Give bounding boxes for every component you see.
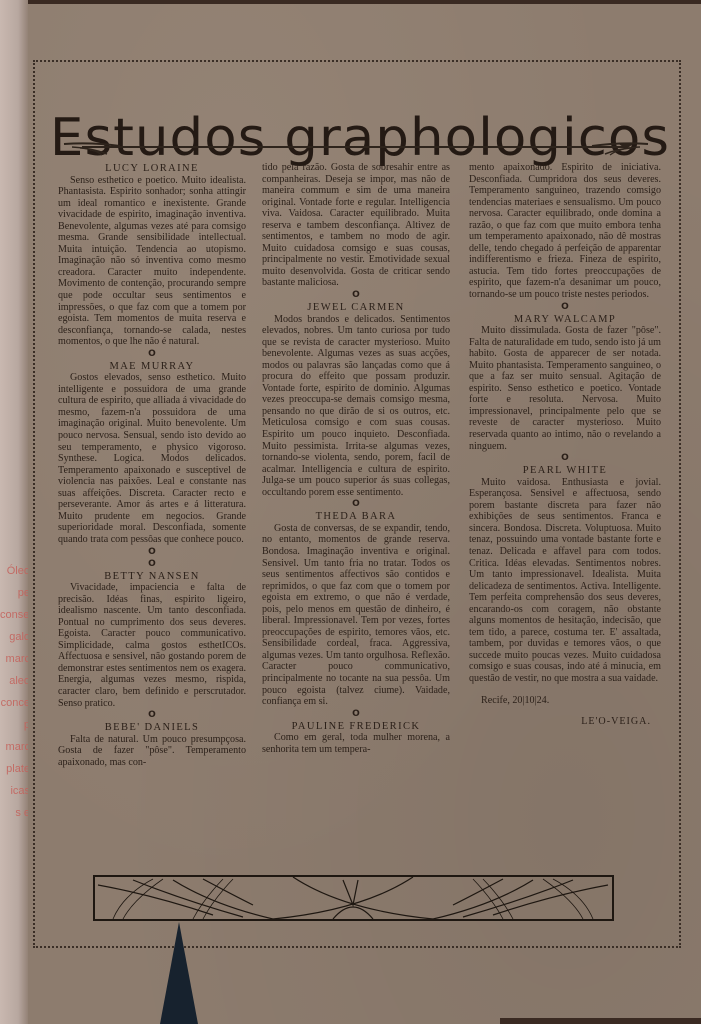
entry-text: Falta de natural. Um pouco presumpçosa. … xyxy=(58,734,246,769)
column-2: tido pela razão. Gosta de sobresahir ent… xyxy=(262,162,450,755)
entry-text-continued: tido pela razão. Gosta de sobresahir ent… xyxy=(262,162,450,289)
entry-heading: PEARL WHITE xyxy=(469,465,661,477)
right-flourish-icon xyxy=(590,138,650,156)
place-date: Recife, 20|10|24. xyxy=(469,695,661,707)
binding-fragment: Óleo xyxy=(0,560,30,582)
entry-heading: JEWEL CARMEN xyxy=(262,302,450,314)
section-separator: O xyxy=(469,301,661,313)
section-separator: O xyxy=(469,452,661,464)
page-marker-shadow xyxy=(160,922,198,1024)
entry-heading: THEDA BARA xyxy=(262,511,450,523)
entry-text: Muito vaidosa. Enthusiasta e jovial. Esp… xyxy=(469,477,661,685)
column-1: LUCY LORAINESenso esthetico e poetico. M… xyxy=(58,162,246,768)
section-separator: O xyxy=(58,348,246,360)
binding-fragment: conce xyxy=(0,692,30,714)
title-rule xyxy=(82,146,627,148)
book-binding-edge: Óleopeconsergalomarcaleoconcepmarcplatei… xyxy=(0,0,30,1024)
entry-heading: LUCY LORAINE xyxy=(58,163,246,175)
wheat-ornament-vignette-icon xyxy=(93,875,614,921)
binding-fragment: conser xyxy=(0,604,30,626)
entry-text: Como em geral, toda mulher morena, a sen… xyxy=(262,732,450,755)
entry-text: Vivacidade, impaciencia e falta de preci… xyxy=(58,582,246,709)
binding-fragment: p xyxy=(0,714,30,736)
section-separator: O xyxy=(58,709,246,721)
binding-fragment: icas xyxy=(0,780,30,802)
binding-fragment: plate xyxy=(0,758,30,780)
page-top-edge xyxy=(28,0,701,4)
adjacent-page-fragments: Óleopeconsergalomarcaleoconcepmarcplatei… xyxy=(0,560,30,824)
entry-text: Modos brandos e delicados. Sentimentos e… xyxy=(262,314,450,499)
section-separator: O xyxy=(58,558,246,570)
binding-fragment: pe xyxy=(0,582,30,604)
binding-fragment: aleo xyxy=(0,670,30,692)
binding-fragment: galo xyxy=(0,626,30,648)
page-bottom-edge xyxy=(500,1018,701,1024)
binding-fragment: s e xyxy=(0,802,30,824)
author-signature: LE'O-VEIGA. xyxy=(469,716,661,728)
entry-heading: BETTY NANSEN xyxy=(58,571,246,583)
entry-text: Senso esthetico e poetico. Muito idealis… xyxy=(58,175,246,348)
entry-heading: BEBE' DANIELS xyxy=(58,722,246,734)
entry-heading: PAULINE FREDERICK xyxy=(262,721,450,733)
column-3: mento apaixonado. Espirito de iniciativa… xyxy=(469,162,661,728)
binding-fragment: marc xyxy=(0,648,30,670)
section-separator: O xyxy=(262,498,450,510)
entry-text: Gosta de conversas, de se expandir, tend… xyxy=(262,523,450,708)
entry-heading: MAE MURRAY xyxy=(58,361,246,373)
binding-fragment: marc xyxy=(0,736,30,758)
section-separator: O xyxy=(262,708,450,720)
entry-text-continued: mento apaixonado. Espirito de iniciativa… xyxy=(469,162,661,301)
entry-heading: MARY WALCAMP xyxy=(469,314,661,326)
section-separator: O xyxy=(58,546,246,558)
entry-text: Gostos elevados, senso esthetico. Muito … xyxy=(58,372,246,545)
entry-text: Muito dissimulada. Gosta de fazer "pôse"… xyxy=(469,325,661,452)
section-separator: O xyxy=(262,289,450,301)
bottom-dotted-rule xyxy=(33,946,681,948)
